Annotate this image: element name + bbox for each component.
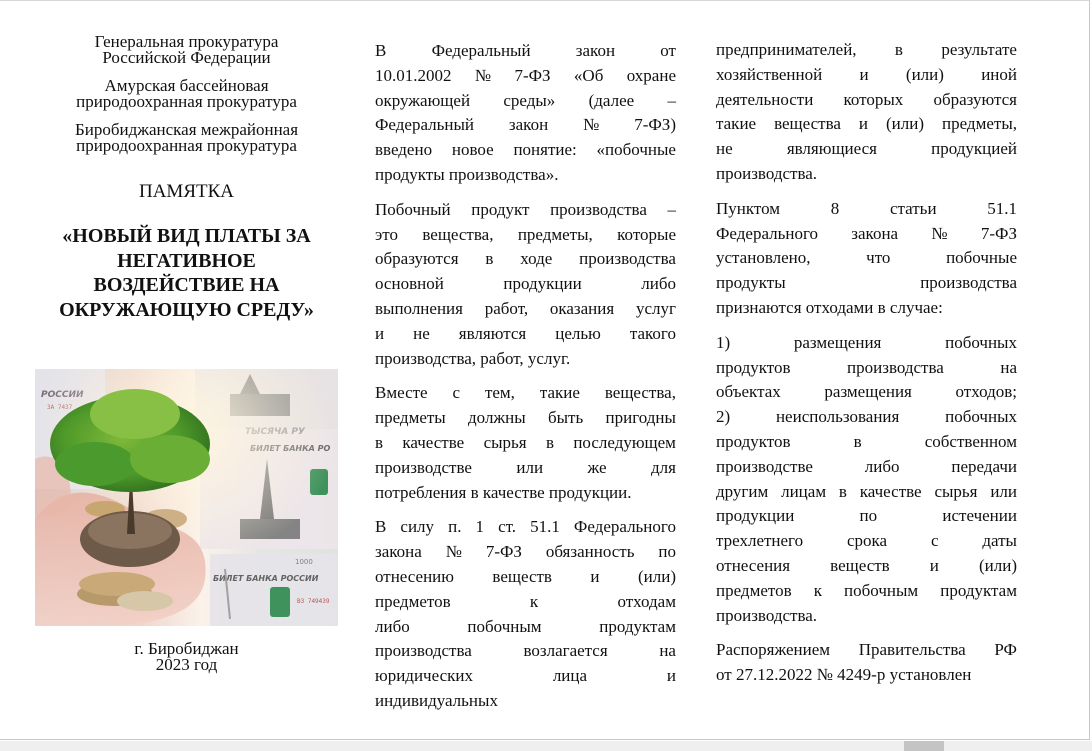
cover-image: РОССИИ ЗА 7437 ТЫСЯЧА РУ БИЛЕТ БАНКА РО … [35,369,338,626]
text-line: Вместестем,такиевещества, [375,381,676,406]
text-line: отнесениювеществи(или) [375,565,676,590]
title-line: «НОВЫЙ ВИД ПЛАТЫ ЗА [34,224,339,249]
text-line: признаются отходами в случае: [716,296,1017,321]
text-line: производствелибопередачи [716,455,1017,480]
paragraph: 1)размещенияпобочныхпродуктовпроизводств… [716,331,1017,629]
text-column-2: ВФедеральныйзаконот10.01.2002№7-ФЗ«Обохр… [375,39,676,724]
text-line: производствавозлагаетсяна [375,639,676,664]
text-line: производства, работ, услуг. [375,347,676,372]
text-line: основнойпродукциилибо [375,272,676,297]
text-line: 10.01.2002№7-ФЗ«Обохране [375,64,676,89]
org-amur-basin: Амурская бассейновая природоохранная про… [34,78,339,110]
text-line: хозяйственнойи(или)иной [716,63,1017,88]
year: 2023 год [34,657,339,673]
text-line: Федеральныйзакон№7-ФЗ) [375,113,676,138]
paragraph: Вместестем,такиевещества,предметыдолжныб… [375,381,676,505]
text-line: либопобочнымпродуктам [375,615,676,640]
org-line: Российской Федерации [34,50,339,66]
text-line: объектахразмещенияотходов; [716,380,1017,405]
text-line: 2)неиспользованияпобочных [716,405,1017,430]
paragraph: Пунктом8статьи51.1Федеральногозакона№7-Ф… [716,197,1017,321]
text-line: другимлицамвкачествесырьяили [716,480,1017,505]
text-line: производствеилижедля [375,456,676,481]
paragraph: РаспоряжениемПравительстваРФот 27.12.202… [716,638,1017,688]
text-line: предметовкотходам [375,590,676,615]
title-line: НЕГАТИВНОЕ [34,249,339,274]
org-line: природоохранная прокуратура [34,138,339,154]
text-line: потребления в качестве продукции. [375,481,676,506]
title-line: ОКРУЖАЮЩУЮ СРЕДУ» [34,298,339,323]
text-line: продуктовпроизводствана [716,356,1017,381]
city-year: г. Биробиджан 2023 год [34,641,339,673]
text-line: вкачествесырьявпоследующем [375,431,676,456]
text-column-3: предпринимателей,врезультатехозяйственно… [716,38,1017,698]
text-line: 1)размещенияпобочных [716,331,1017,356]
paragraph: Побочныйпродуктпроизводства–этовещества,… [375,198,676,372]
text-line: установлено,чтопобочные [716,246,1017,271]
text-line: ВФедеральныйзаконот [375,39,676,64]
org-general-prosecutor: Генеральная прокуратура Российской Федер… [34,34,339,66]
text-line: юридическихлицаи [375,664,676,689]
text-line: производства. [716,604,1017,629]
cover-column: Генеральная прокуратура Российской Федер… [34,34,339,322]
text-line: Побочныйпродуктпроизводства– [375,198,676,223]
scrollbar-thumb[interactable] [904,741,944,751]
text-line: предпринимателей,врезультате [716,38,1017,63]
text-line: индивидуальных [375,689,676,714]
text-line: деятельностикоторыхобразуются [716,88,1017,113]
text-line: окружающейсреды»(далее– [375,89,676,114]
text-line: продуктыпроизводства [716,271,1017,296]
memo-label: ПАМЯТКА [34,182,339,202]
text-line: производства. [716,162,1017,187]
org-line: природоохранная прокуратура [34,94,339,110]
document-page: Генеральная прокуратура Российской Федер… [0,0,1090,740]
paragraph: ВФедеральныйзаконот10.01.2002№7-ФЗ«Обохр… [375,39,676,188]
text-line: продукты производства». [375,163,676,188]
text-line: предметыдолжныбытьпригодны [375,406,676,431]
paragraph: предпринимателей,врезультатехозяйственно… [716,38,1017,187]
brochure-title: «НОВЫЙ ВИД ПЛАТЫ ЗА НЕГАТИВНОЕ ВОЗДЕЙСТВ… [34,224,339,322]
text-line: неявляющиесяпродукцией [716,137,1017,162]
text-line: РаспоряжениемПравительстваРФ [716,638,1017,663]
text-line: этовещества,предметы,которые [375,223,676,248]
text-line: введеноновоепонятие:«побочные [375,138,676,163]
text-line: выполненияработ,оказанияуслуг [375,297,676,322]
text-line: Пунктом8статьи51.1 [716,197,1017,222]
text-line: отнесениявеществи(или) [716,554,1017,579]
text-line: продукциипоистечении [716,504,1017,529]
text-line: продуктоввсобственном [716,430,1017,455]
text-line: предметовкпобочнымпродуктам [716,579,1017,604]
text-line: трехлетнегосрокасдаты [716,529,1017,554]
text-line: инеявляютсяцельютакого [375,322,676,347]
org-birobidzhan: Биробиджанская межрайонная природоохранн… [34,122,339,154]
title-line: ВОЗДЕЙСТВИЕ НА [34,273,339,298]
text-line: от 27.12.2022 № 4249-р установлен [716,663,1017,688]
paragraph: Всилуп.1ст.51.1Федеральногозакона№7-ФЗоб… [375,515,676,713]
text-line: Всилуп.1ст.51.1Федерального [375,515,676,540]
text-line: образуютсявходепроизводства [375,247,676,272]
text-line: такиевеществаи(или)предметы, [716,112,1017,137]
text-line: Федеральногозакона№7-ФЗ [716,222,1017,247]
horizontal-scrollbar[interactable] [0,741,1092,751]
text-line: закона№7-ФЗобязанностьпо [375,540,676,565]
